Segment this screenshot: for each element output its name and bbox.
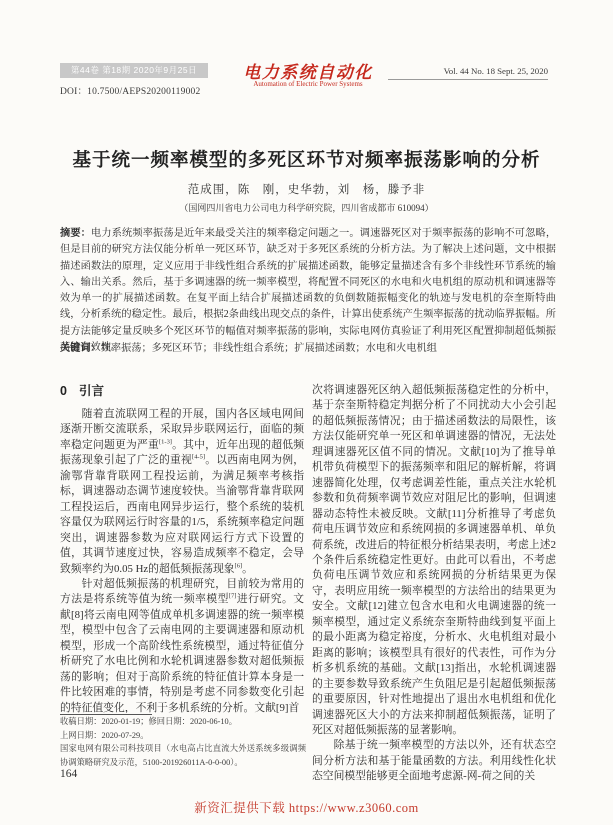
- affiliation: （国网四川省电力公司电力科学研究院，四川省成都市 610094）: [0, 201, 613, 214]
- right-column: 次将调速器死区纳入超低频振荡稳定性的分析中，基于奈奎斯特稳定判据分析了不同扰动大…: [312, 383, 556, 793]
- abstract-text: 电力系统频率振荡是近年来最受关注的频率稳定问题之一。调速器死区对于频率振荡的影响…: [60, 228, 556, 353]
- abstract-label: 摘要：: [60, 228, 91, 239]
- body-paragraph: 次将调速器死区纳入超低频振荡稳定性的分析中，基于奈奎斯特稳定判据分析了不同扰动大…: [312, 383, 556, 738]
- body-paragraph: 除基于统一频率模型的方法以外，还有状态空间分析方法和基于能量函数的方法。利用线性…: [312, 738, 556, 784]
- journal-name-en: Automation of Electric Power Systems: [218, 80, 398, 88]
- paper-title: 基于统一频率模型的多死区环节对频率振荡影响的分析: [0, 146, 613, 172]
- body-paragraph: 随着直流联网工程的开展，国内各区域电网间逐渐开断交流联系，采取异步联网运行，面临…: [60, 407, 304, 577]
- keywords-text: 频率振荡；多死区环节；非线性组合系统；扩展描述函数；水电和火电机组: [101, 343, 437, 354]
- section-number: 0: [60, 384, 67, 398]
- issue-badge: 第44卷 第18期 2020年9月25日: [60, 63, 208, 78]
- keywords-label: 关键词：: [60, 343, 101, 354]
- body-paragraph: 针对超低频振荡的机理研究，目前较为常用的方法是将系统等值为统一频率模型[7]进行…: [60, 577, 304, 713]
- footnote-online-date: 上网日期：2020-07-29。: [60, 729, 306, 743]
- section-title: 引言: [79, 384, 104, 398]
- authors: 范成围，陈 刚，史华勃，刘 杨，滕予非: [0, 181, 613, 197]
- paper-page: 第44卷 第18期 2020年9月25日 DOI：10.7500/AEPS202…: [0, 0, 613, 825]
- abstract: 摘要：电力系统频率振荡是近年来最受关注的频率稳定问题之一。调速器死区对于频率振荡…: [60, 226, 556, 356]
- footnote-received-date: 收稿日期：2020-01-19；修回日期：2020-06-10。: [60, 715, 306, 729]
- footnote-funding: 国家电网有限公司科技项目（水电高占比直流大外送系统多级调频协调策略研究及示范，5…: [60, 742, 306, 769]
- watermark-text: 新资汇提供下载 https://www.z3060.com: [0, 798, 613, 816]
- volume-info-en: Vol. 44 No. 18 Sept. 25, 2020: [410, 66, 548, 76]
- page-number: 164: [60, 768, 77, 780]
- left-column: 0引言 随着直流联网工程的开展，国内各区域电网间逐渐开断交流联系，采取异步联网运…: [60, 383, 304, 713]
- section-heading-introduction: 0引言: [60, 383, 304, 399]
- header-divider: [388, 79, 548, 80]
- doi-text: DOI：10.7500/AEPS20200119002: [60, 83, 200, 97]
- keywords: 关键词：频率振荡；多死区环节；非线性组合系统；扩展描述函数；水电和火电机组: [60, 341, 556, 357]
- footnote: 收稿日期：2020-01-19；修回日期：2020-06-10。 上网日期：20…: [60, 714, 306, 769]
